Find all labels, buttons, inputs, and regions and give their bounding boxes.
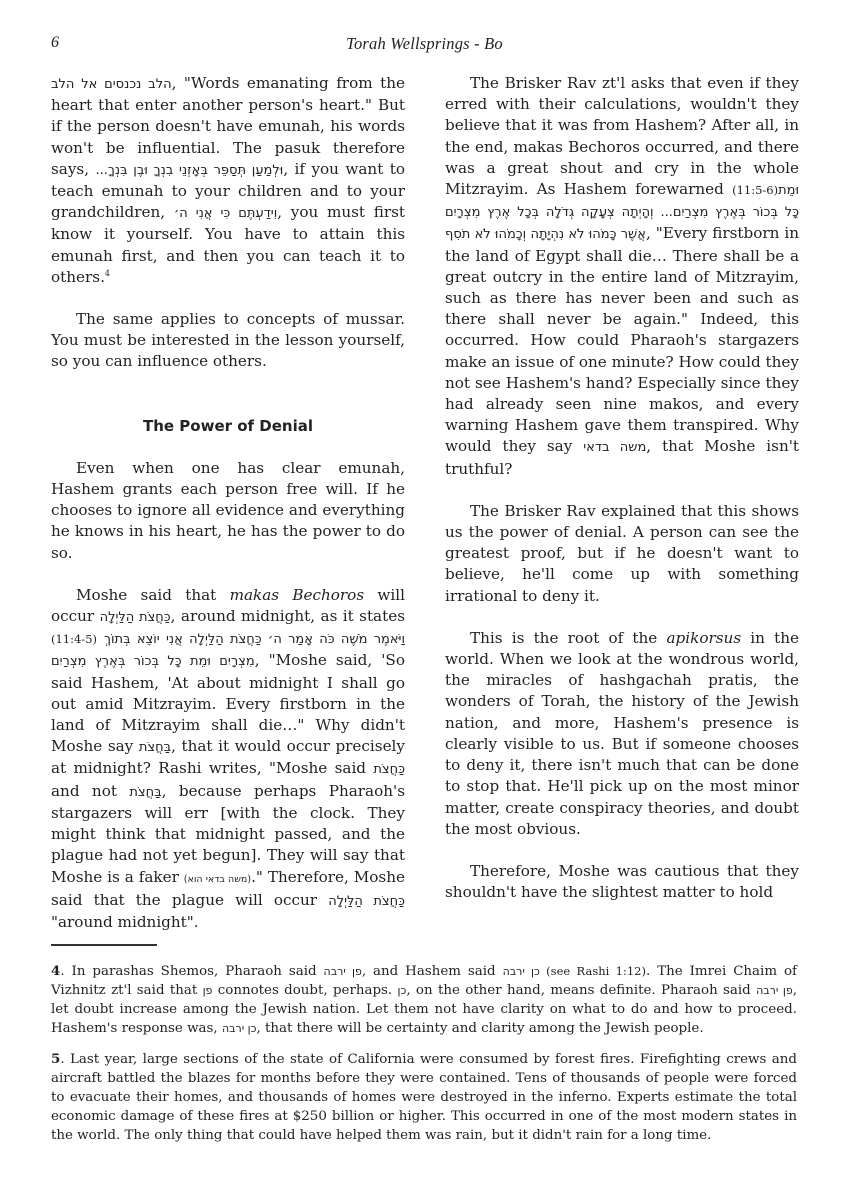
footnotes: 4. In parashas Shemos, Pharaoh said פן י… <box>51 962 797 1157</box>
footnote-number: 4 <box>51 963 60 979</box>
hebrew-text: כַּחֲצֹת הַלַּיְלָה <box>100 610 171 625</box>
hebrew-text: פן ירבה <box>756 984 793 997</box>
footnote-number: 5 <box>51 1051 60 1067</box>
hebrew-text: הלב נכנסים אל הלב <box>51 77 172 92</box>
hebrew-text: פן ירבה <box>324 965 362 978</box>
verse-reference: (see Rashi 1:12) <box>540 964 646 978</box>
footnote-5: 5. Last year, large sections of the stat… <box>51 1050 797 1145</box>
hebrew-text: (משה בדאי הוא) <box>184 874 251 885</box>
hebrew-text: כַּחֲצֹת <box>373 762 405 777</box>
paragraph: Even when one has clear emunah, Hashem g… <box>51 458 405 564</box>
hebrew-text: משה בדאי <box>583 440 646 455</box>
left-column: הלב נכנסים אל הלב, "Words emanating from… <box>51 73 405 954</box>
hebrew-text: כן ירבה <box>222 1022 257 1035</box>
hebrew-text: בַּחֲצֹת <box>129 785 161 800</box>
paragraph: Moshe said that makas Bechoros will occu… <box>51 585 405 933</box>
paragraph: הלב נכנסים אל הלב, "Words emanating from… <box>51 73 405 288</box>
hebrew-text: וּלְמַעַן תְּסַפֵּר בְּאָזְנֵי בִנְךָ וּ… <box>95 163 283 178</box>
paragraph: The same applies to concepts of mussar. … <box>51 309 405 373</box>
hebrew-text: וִידַעְתֶּם כִּי אֲנִי ה׳ <box>174 206 277 221</box>
paragraph: Therefore, Moshe was cautious that they … <box>445 861 799 903</box>
verse-reference: (11:5-6) <box>732 183 778 197</box>
footnote-rule <box>51 944 157 946</box>
footnote-4: 4. In parashas Shemos, Pharaoh said פן י… <box>51 962 797 1038</box>
hebrew-text: בַּחֲצֹת <box>139 740 171 755</box>
paragraph: This is the root of the apikorsus in the… <box>445 628 799 840</box>
hebrew-text: כַּחֲצֹת הַלַּיְלָה <box>328 894 405 909</box>
footnote-ref-4[interactable]: 4 <box>105 269 110 278</box>
running-head: Torah Wellsprings - Bo <box>0 34 849 54</box>
right-column: The Brisker Rav zt'l asks that even if t… <box>445 73 799 924</box>
hebrew-text: כן ירבה <box>503 965 540 978</box>
section-heading: The Power of Denial <box>51 416 405 437</box>
paragraph: The Brisker Rav explained that this show… <box>445 501 799 607</box>
hebrew-text: פן <box>203 984 213 997</box>
verse-reference: (11:4-5) <box>51 632 97 646</box>
paragraph: The Brisker Rav zt'l asks that even if t… <box>445 73 799 480</box>
